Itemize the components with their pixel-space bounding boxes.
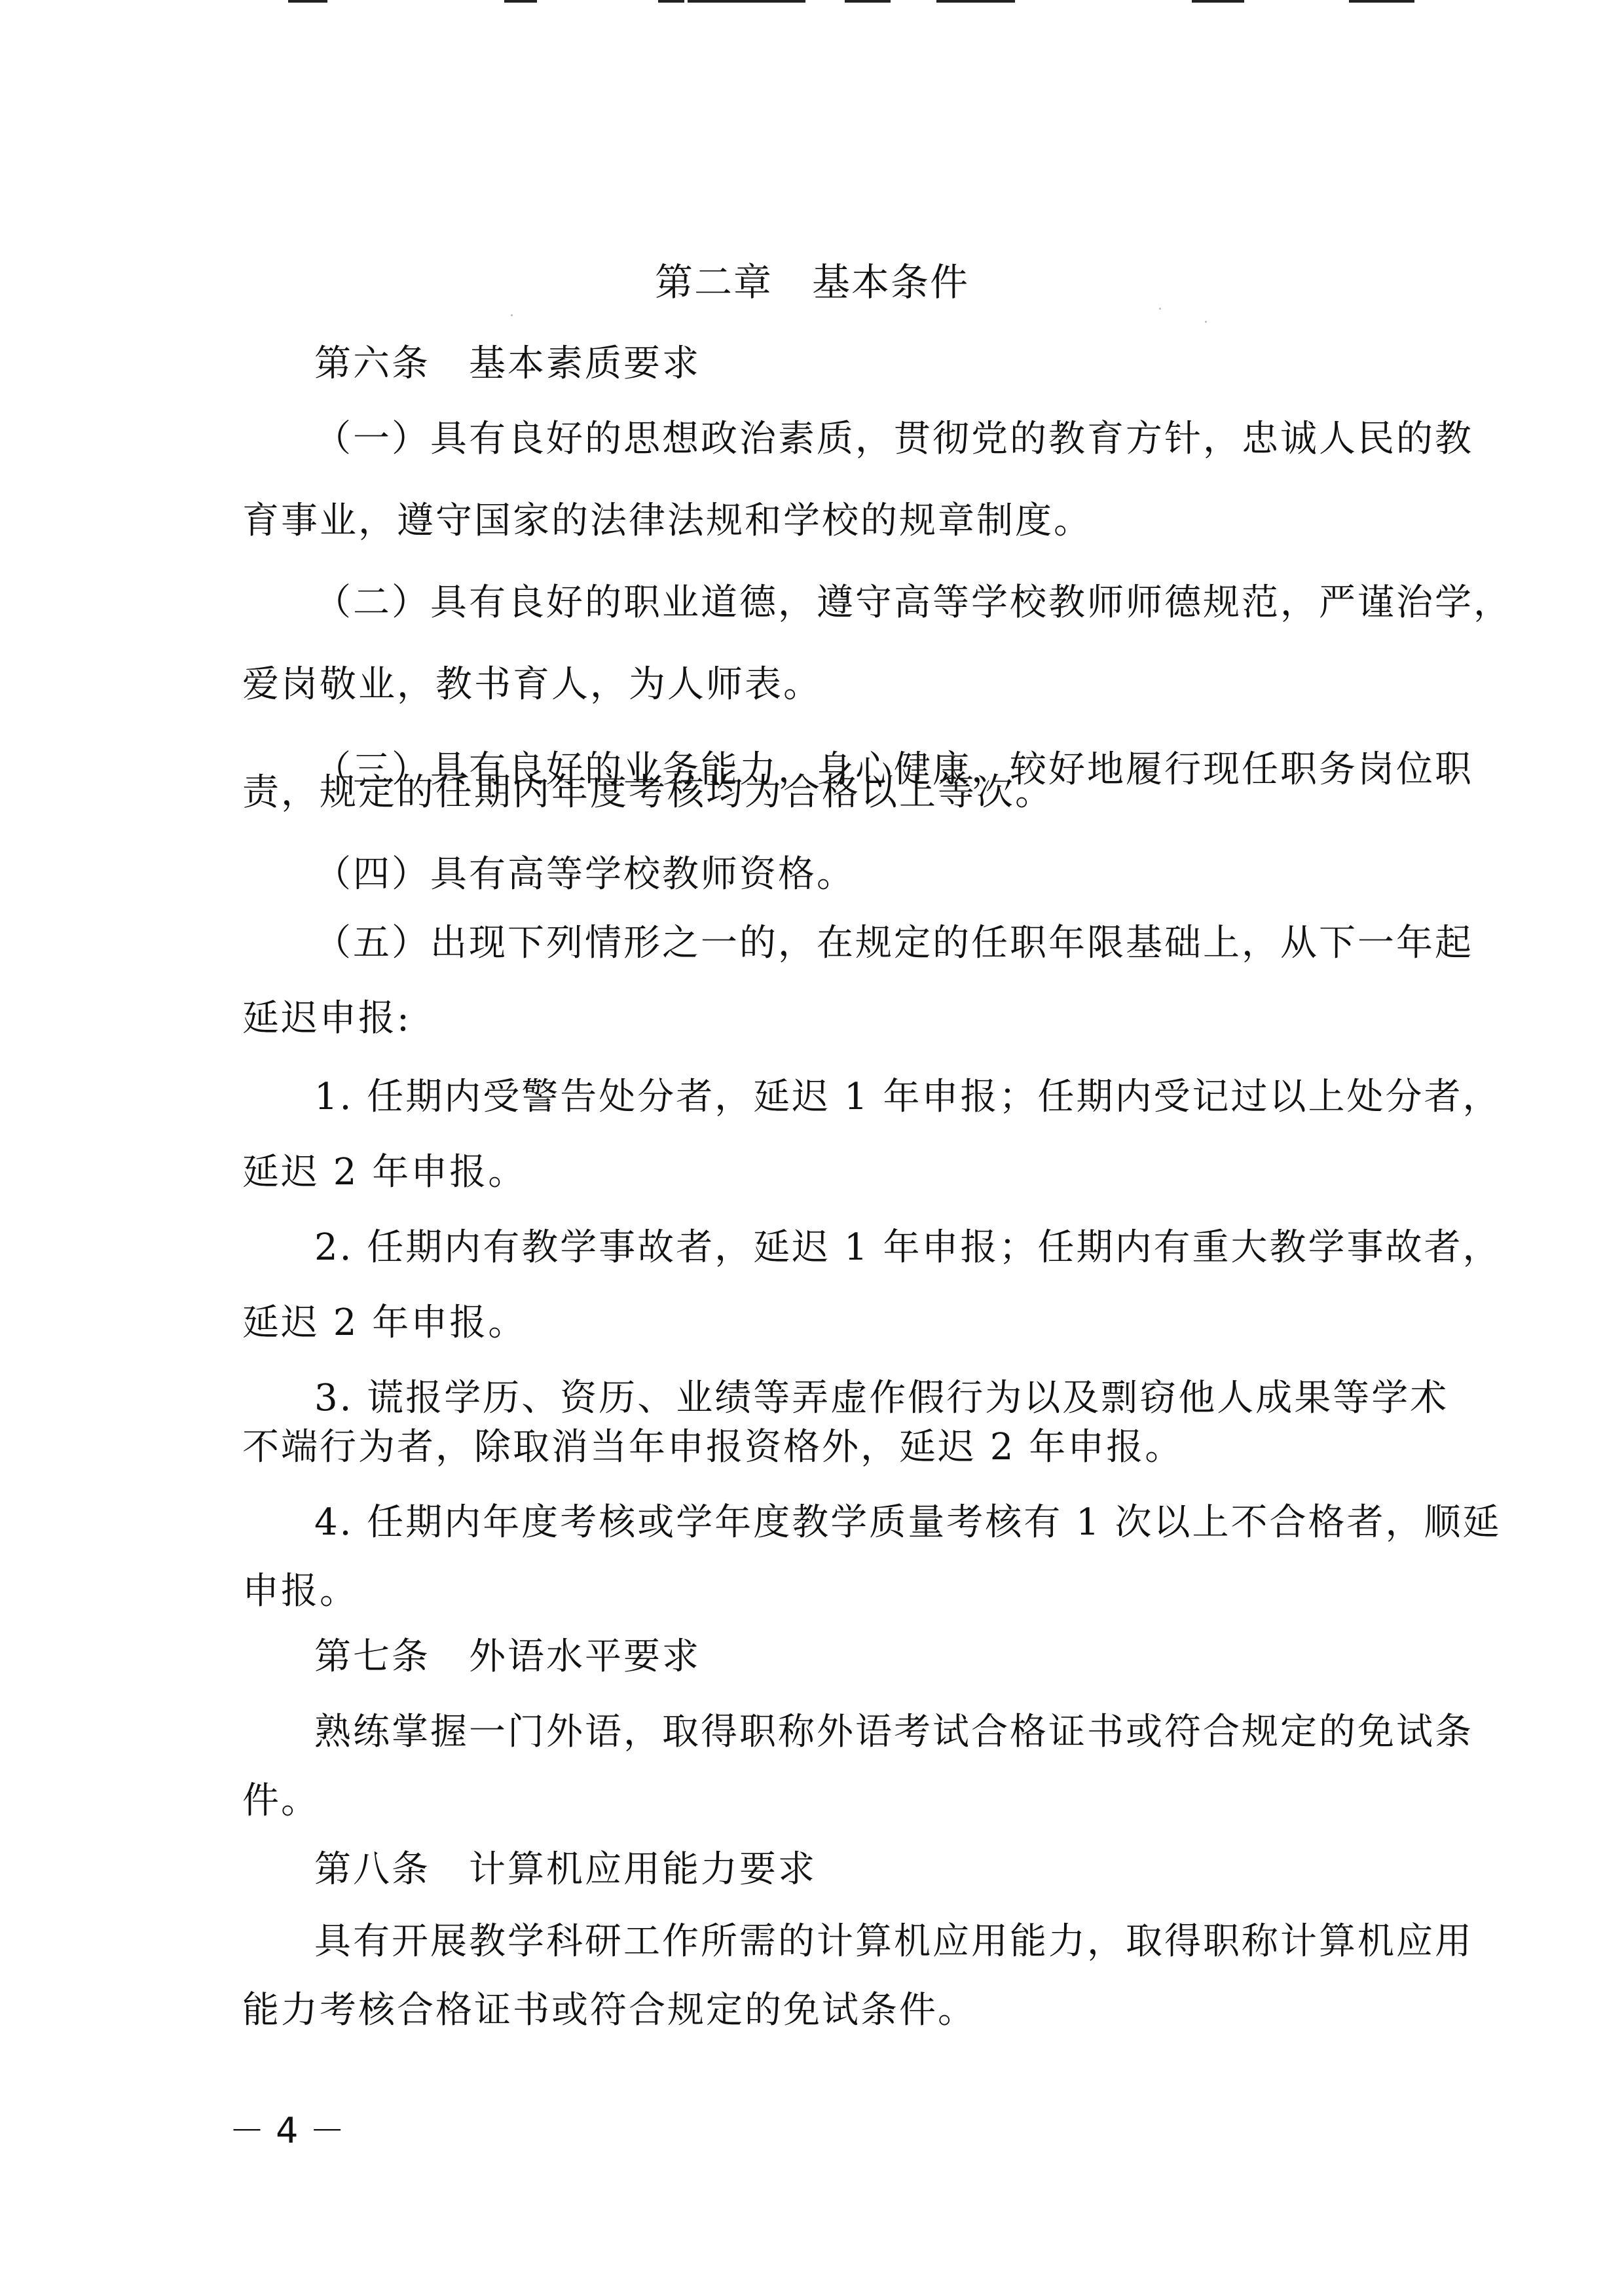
chapter-title: 第二章 基本条件	[0, 259, 1624, 306]
article-8-line-1: 具有开展教学科研工作所需的计算机应用能力，取得职称计算机应用	[314, 1918, 1441, 1965]
document-page: 第二章 基本条件 第六条 基本素质要求 （一）具有良好的思想政治素质，贯彻党的教…	[0, 0, 1624, 2296]
article-6-item-1-line-1: （一）具有良好的思想政治素质，贯彻党的教育方针，忠诚人民的教	[314, 416, 1441, 463]
article-6-subitem-1-line-2: 延迟 2 年申报。	[242, 1149, 526, 1196]
article-6-item-5-line-1: （五）出现下列情形之一的，在规定的任职年限基础上，从下一年起	[314, 920, 1441, 967]
article-6-subitem-1-line-1: 1. 任期内受警告处分者，延迟 1 年申报；任期内受记过以上处分者，	[314, 1074, 1441, 1121]
article-6-item-3-line-2: 责，规定的任期内年度考核均为合格以上等次。	[242, 769, 1054, 816]
scan-speck	[511, 314, 513, 316]
scan-speck	[1198, 1087, 1200, 1089]
article-6-subitem-2-line-1: 2. 任期内有教学事故者，延迟 1 年申报；任期内有重大教学事故者，	[314, 1224, 1441, 1271]
article-6-subitem-4-line-2: 申报。	[242, 1568, 358, 1615]
article-7-heading: 第七条 外语水平要求	[314, 1633, 701, 1681]
article-6-subitem-4-line-1: 4. 任期内年度考核或学年度教学质量考核有 1 次以上不合格者，顺延	[314, 1499, 1441, 1546]
article-6-subitem-3-line-1: 3. 谎报学历、资历、业绩等弄虚作假行为以及剽窃他人成果等学术	[314, 1375, 1441, 1422]
article-8-heading: 第八条 计算机应用能力要求	[314, 1846, 817, 1893]
article-6-heading: 第六条 基本素质要求	[314, 340, 701, 388]
article-6-item-1-line-2: 育事业，遵守国家的法律法规和学校的规章制度。	[242, 498, 1092, 545]
scan-speck	[1205, 321, 1207, 323]
page-number: － 4 －	[229, 2111, 345, 2151]
article-6-item-4: （四）具有高等学校教师资格。	[314, 851, 855, 898]
article-6-subitem-2-line-2: 延迟 2 年申报。	[242, 1300, 526, 1347]
article-7-line-2: 件。	[242, 1777, 320, 1825]
scan-speck	[1159, 308, 1161, 310]
article-7-line-1: 熟练掌握一门外语，取得职称外语考试合格证书或符合规定的免试条	[314, 1709, 1441, 1756]
article-6-item-2-line-1: （二）具有良好的职业道德，遵守高等学校教师师德规范，严谨治学，	[314, 579, 1441, 627]
article-6-subitem-3-line-2: 不端行为者，除取消当年申报资格外，延迟 2 年申报。	[242, 1424, 1183, 1471]
article-8-line-2: 能力考核合格证书或符合规定的免试条件。	[242, 1987, 976, 2034]
article-6-item-2-line-2: 爱岗敬业，教书育人，为人师表。	[242, 661, 822, 708]
article-6-item-5-line-2: 延迟申报:	[242, 995, 411, 1042]
